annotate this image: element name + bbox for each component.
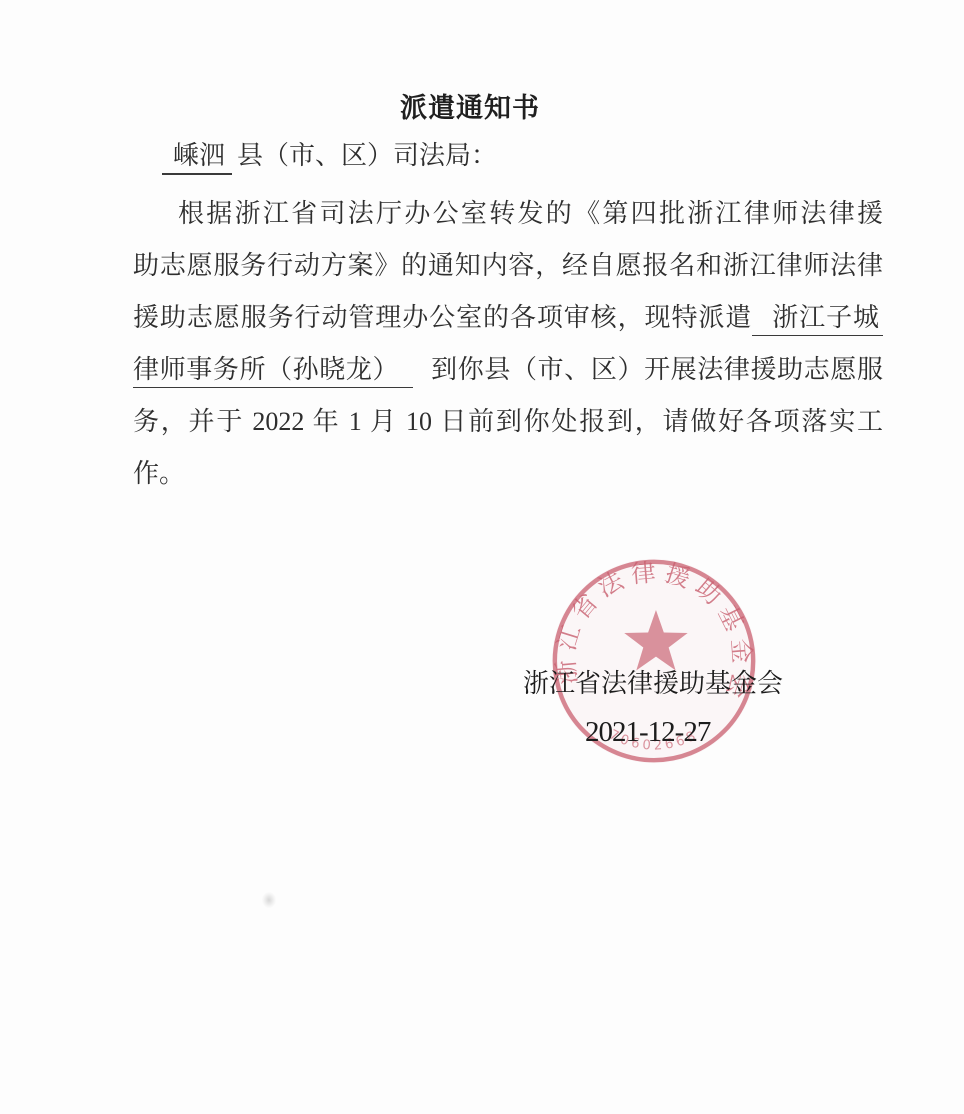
document-title: 派遣通知书	[0, 86, 940, 125]
signature-date: 2021-12-27	[585, 716, 710, 749]
body-line-2: 助志愿服务行动方案》的通知内容，经自愿报名和浙江律师法律	[133, 249, 883, 285]
salutation-suffix: 县（市、区）司法局：	[237, 141, 497, 170]
scanned-document-page: 派遣通知书 嵊泗县（市、区）司法局： 根据浙江省司法厅办公室转发的《第四批浙江律…	[0, 0, 964, 1114]
body-line-3: 援助志愿服务行动管理办公室的各项审核，现特派遣浙江子城	[133, 301, 883, 337]
dispatched-firm-underlined: 浙江子城	[752, 303, 883, 336]
body-line-4-text: 到你县（市、区）开展法律援助志愿服	[431, 355, 883, 384]
body-line-1: 根据浙江省司法厅办公室转发的《第四批浙江律师法律援	[133, 197, 883, 233]
body-line-3-text: 援助志愿服务行动管理办公室的各项审核，现特派遣	[133, 303, 752, 332]
scan-smudge	[262, 892, 276, 908]
body-line-6: 作。	[133, 457, 883, 493]
lawyer-name-underlined: 律师事务所（孙晓龙）	[133, 355, 413, 388]
salutation-line: 嵊泗县（市、区）司法局：	[162, 140, 497, 172]
signature-organization: 浙江省法律援助基金会	[523, 663, 783, 700]
body-line-4: 律师事务所（孙晓龙）到你县（市、区）开展法律援助志愿服	[133, 353, 883, 389]
recipient-name-underlined: 嵊泗	[162, 141, 232, 175]
body-line-5: 务，并于 2022 年 1 月 10 日前到你处报到，请做好各项落实工	[133, 405, 883, 441]
